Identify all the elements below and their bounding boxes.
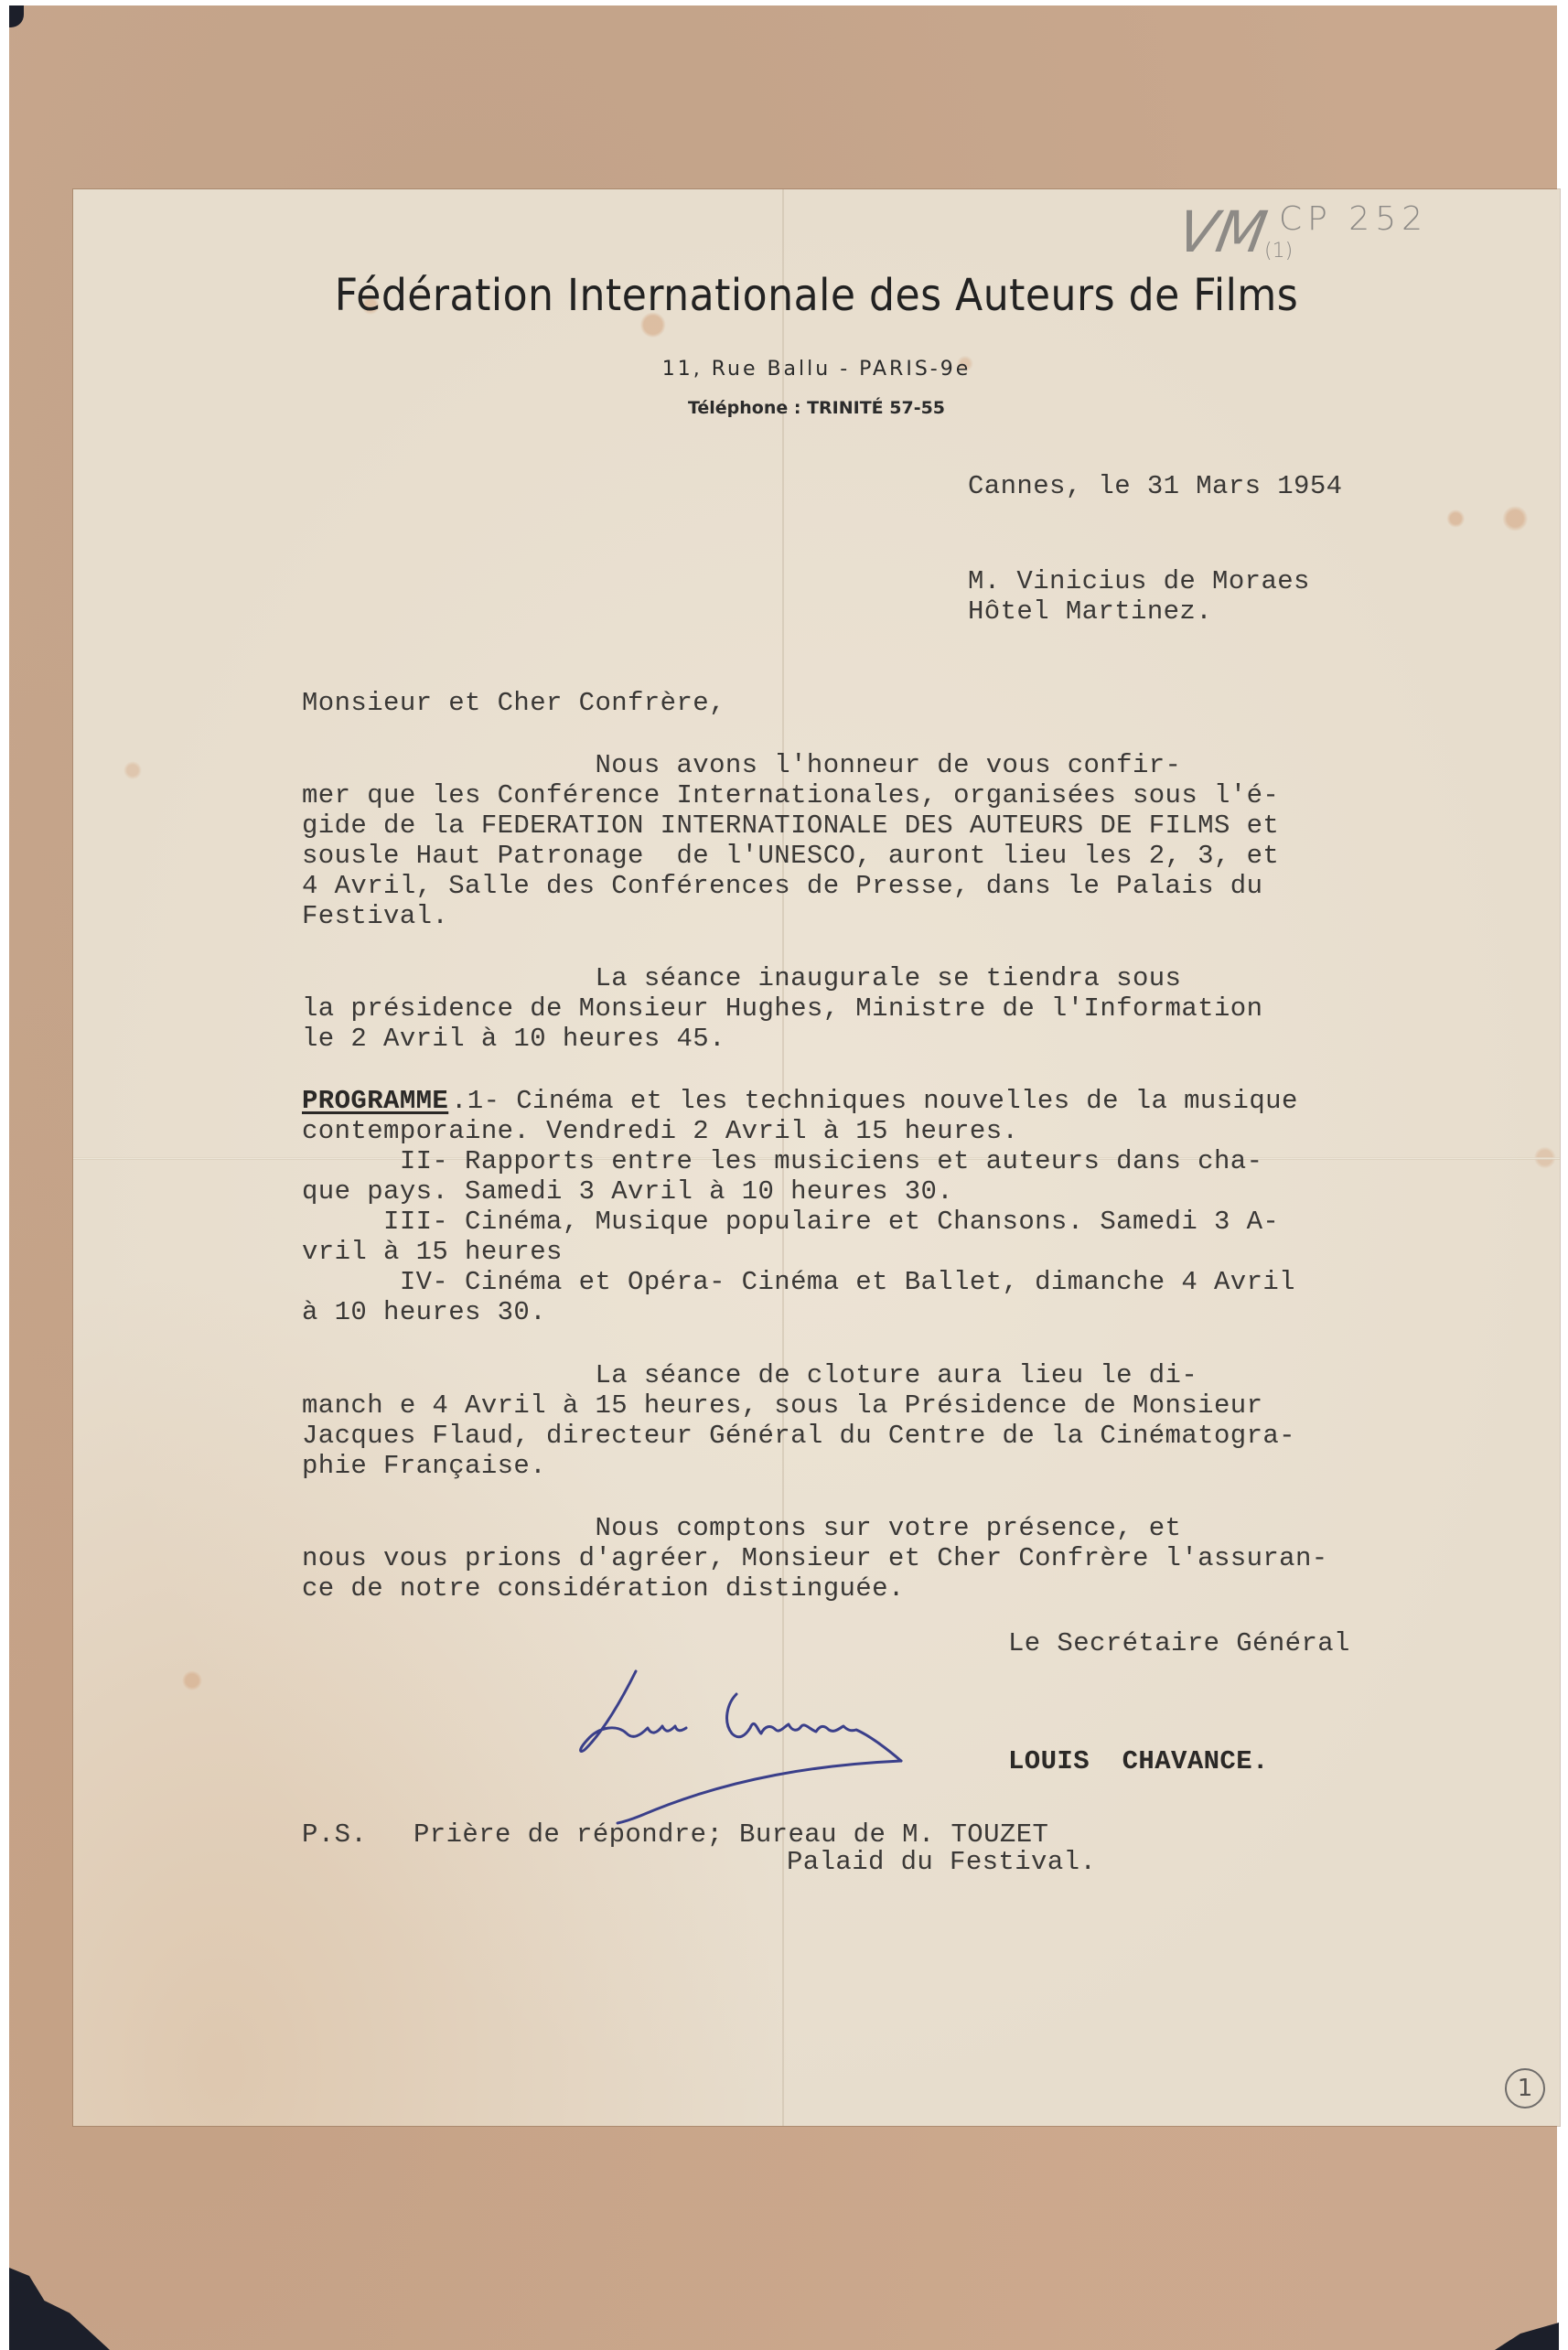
programme-line: IV- Cinéma et Opéra- Cinéma et Ballet, d… xyxy=(302,1267,1295,1297)
text-line: Nous comptons sur votre présence, et xyxy=(302,1513,1181,1543)
letter-sheet: VM CP 252 (1) Fédération Internationale … xyxy=(73,189,1560,2126)
text-line: le 2 Avril à 10 heures 45. xyxy=(302,1024,725,1054)
text-line: la présidence de Monsieur Hughes, Minist… xyxy=(302,993,1262,1024)
programme-line: vril à 15 heures xyxy=(302,1237,563,1267)
programme-line: III- Cinéma, Musique populaire et Chanso… xyxy=(302,1207,1279,1237)
postscript-label: P.S. xyxy=(302,1819,367,1850)
text-line: La séance de cloture aura lieu le di- xyxy=(302,1360,1197,1390)
text-line: sousle Haut Patronage de l'UNESCO, auron… xyxy=(302,841,1279,871)
letterhead-organization: Fédération Internationale des Auteurs de… xyxy=(133,270,1500,321)
text-line: Nous avons l'honneur de vous confir- xyxy=(302,750,1181,780)
text-line: mer que les Conférence Internationales, … xyxy=(302,780,1279,810)
text-line: Jacques Flaud, directeur Général du Cent… xyxy=(302,1421,1295,1451)
text-line: ce de notre considération distinguée. xyxy=(302,1573,905,1604)
handwritten-signature: Louis Chavance xyxy=(549,1653,1134,1836)
recipient-name: M. Vinicius de Moraes xyxy=(968,566,1310,596)
text-line: phie Française. xyxy=(302,1451,546,1481)
programme-line: contemporaine. Vendredi 2 Avril à 15 heu… xyxy=(302,1116,1018,1146)
programme-label: PROGRAMME xyxy=(302,1086,448,1116)
programme-line: II- Rapports entre les musiciens et aute… xyxy=(302,1146,1262,1176)
programme-line: à 10 heures 30. xyxy=(302,1297,546,1327)
archive-reference-code: CP 252 xyxy=(1279,200,1428,238)
text-line: Festival. xyxy=(302,901,448,931)
text-line: 4 Avril, Salle des Conférences de Presse… xyxy=(302,871,1262,901)
text-line: manch e 4 Avril à 15 heures, sous la Pré… xyxy=(302,1390,1262,1421)
text-line: nous vous prions d'agréer, Monsieur et C… xyxy=(302,1543,1328,1573)
letterhead-phone: Téléphone : TRINITÉ 57-55 xyxy=(73,398,1560,418)
programme-line: que pays. Samedi 3 Avril à 10 heures 30. xyxy=(302,1176,953,1207)
text-line: La séance inaugurale se tiendra sous xyxy=(302,963,1181,993)
text-line: gide de la FEDERATION INTERNATIONALE DES… xyxy=(302,810,1279,841)
letterhead-address: 11, Rue Ballu - PARIS-9e xyxy=(73,358,1560,381)
salutation: Monsieur et Cher Confrère, xyxy=(302,688,725,718)
place-date: Cannes, le 31 Mars 1954 xyxy=(968,471,1342,501)
archive-reference-vm: VM xyxy=(1173,199,1273,265)
circled-page-number: 1 xyxy=(1505,2068,1545,2109)
programme-line: .1- Cinéma et les techniques nouvelles d… xyxy=(451,1086,1298,1116)
recipient-address: Hôtel Martinez. xyxy=(968,596,1212,627)
typed-signatory-name: LOUIS CHAVANCE. xyxy=(1008,1746,1269,1776)
postscript-line-2: Palaid du Festival. xyxy=(787,1847,1096,1877)
postscript-line-1: Prière de répondre; Bureau de M. TOUZET xyxy=(413,1819,1048,1850)
signature-text: Louis Chavance xyxy=(549,1653,644,1657)
archive-sub-number: (1) xyxy=(1264,240,1293,263)
